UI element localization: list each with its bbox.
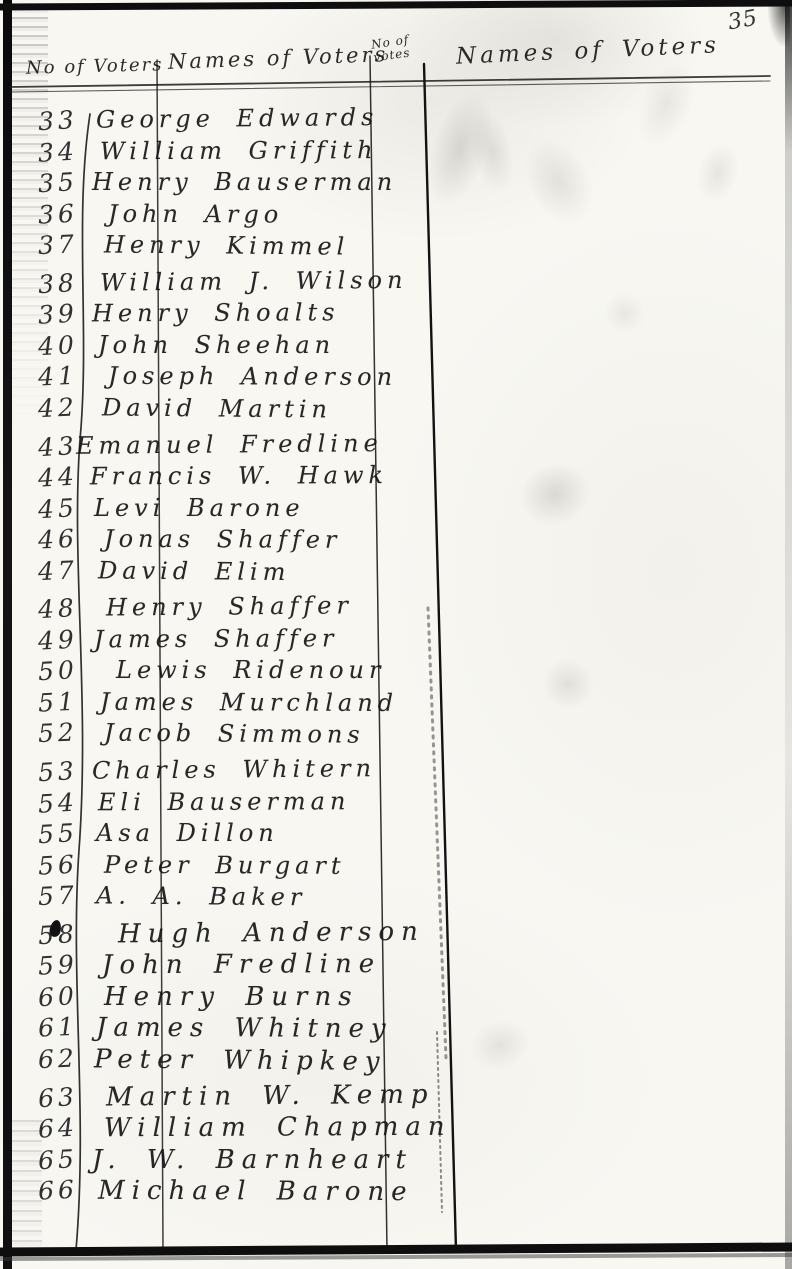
- voter-name: A. A. Baker: [96, 882, 307, 912]
- voter-number: 34: [37, 136, 85, 168]
- voter-name: James Shaffer: [94, 624, 339, 653]
- voter-number: 42: [37, 392, 84, 423]
- voter-number: 40: [37, 330, 84, 361]
- voter-entries: 33 George Edwards 34 William Griffith 35…: [0, 0, 792, 1269]
- voter-number: 63: [37, 1081, 85, 1113]
- voter-entry-row: 41 Joseph Anderson: [0, 362, 792, 396]
- voter-number: 64: [37, 1112, 85, 1144]
- voter-number: 57: [37, 880, 84, 911]
- voter-name: William Chapman: [104, 1112, 452, 1144]
- voter-name: William Griffith: [100, 136, 378, 165]
- voter-name: Henry Shaffer: [106, 592, 353, 622]
- scanned-ledger-page: 35 No of Voters Names of Voters No of vo…: [0, 0, 792, 1269]
- voter-entry-row: 53 Charles Whitern: [0, 751, 792, 789]
- voter-number: 47: [37, 555, 84, 586]
- voter-entry-row: 56 Peter Burgart: [0, 850, 792, 884]
- voter-name: George Edwards: [96, 103, 379, 133]
- voter-number: 61: [37, 1012, 84, 1043]
- voter-number: 62: [37, 1043, 84, 1074]
- voter-name: Henry Shoalts: [92, 299, 340, 328]
- voter-entry-row: 64 William Chapman: [0, 1110, 792, 1144]
- voter-entry-row: 38 William J. Wilson: [0, 262, 792, 300]
- voter-number: 58: [37, 918, 85, 950]
- voter-entry-row: 54 Eli Bauserman: [0, 785, 792, 819]
- voter-name: Asa Dillon: [96, 819, 279, 847]
- voter-entry-row: 43 Emanuel Fredline: [0, 425, 792, 463]
- voter-entry-row: 45 Levi Barone: [0, 494, 792, 525]
- voter-number: 59: [37, 949, 85, 981]
- voter-name: David Elim: [98, 556, 291, 586]
- voter-name: John Sheehan: [98, 331, 335, 359]
- voter-name: James Murchland: [100, 688, 398, 717]
- voter-name: Peter Whipkey: [94, 1044, 387, 1077]
- voter-entry-row: 33 George Edwards: [0, 100, 792, 138]
- voter-number: 50: [37, 655, 84, 686]
- voter-number: 33: [37, 105, 85, 137]
- voter-number: 44: [37, 461, 85, 493]
- voter-number: 52: [37, 718, 84, 749]
- voter-entry-row: 51 James Murchland: [0, 687, 792, 721]
- voter-number: 37: [37, 229, 84, 260]
- voter-name: Eli Bauserman: [98, 787, 351, 816]
- voter-entry-row: 46 Jonas Shaffer: [0, 524, 792, 558]
- voter-name: Jonas Shaffer: [104, 525, 342, 554]
- voter-entry-row: 44 Francis W. Hawk: [0, 459, 792, 493]
- voter-name: Michael Barone: [98, 1176, 414, 1207]
- voter-name: Joseph Anderson: [108, 362, 397, 391]
- voter-entry-row: 66 Michael Barone: [0, 1175, 792, 1209]
- voter-entry-row: 50 Lewis Ridenour: [0, 656, 792, 687]
- voter-number: 53: [37, 756, 85, 788]
- voter-entry-row: 65 J. W. Barnheart: [0, 1145, 792, 1176]
- voter-entry-row: 36 John Argo: [0, 199, 792, 233]
- voter-entry-row: 55 Asa Dillon: [0, 819, 792, 850]
- voter-number: 51: [37, 686, 84, 717]
- voter-entry-row: 63 Martin W. Kemp: [0, 1076, 792, 1114]
- voter-entry-row: 34 William Griffith: [0, 134, 792, 168]
- voter-name: Henry Burns: [104, 982, 359, 1012]
- voter-number: 56: [37, 849, 84, 880]
- voter-entry-row: 39 Henry Shoalts: [0, 297, 792, 331]
- voter-number: 38: [37, 267, 85, 299]
- voter-name: Jacob Simmons: [104, 719, 365, 749]
- voter-number: 54: [37, 787, 85, 819]
- voter-entry-row: 48 Henry Shaffer: [0, 588, 792, 626]
- voter-entry-row: 59 John Fredline: [0, 948, 792, 982]
- voter-name: Francis W. Hawk: [90, 461, 388, 490]
- voter-entry-row: 49 James Shaffer: [0, 622, 792, 656]
- voter-name: William J. Wilson: [100, 266, 408, 297]
- voter-entry-row: 52 Jacob Simmons: [0, 718, 792, 756]
- voter-entry-row: 62 Peter Whipkey: [0, 1043, 792, 1081]
- voter-name: John Argo: [108, 199, 283, 228]
- voter-name: John Fredline: [102, 949, 381, 980]
- voter-number: 35: [37, 167, 84, 198]
- voter-entry-row: 47 David Elim: [0, 555, 792, 593]
- voter-number: 36: [37, 198, 84, 229]
- voter-number: 60: [37, 981, 84, 1012]
- voter-entry-row: 57 A. A. Baker: [0, 881, 792, 919]
- voter-name: Lewis Ridenour: [116, 656, 385, 684]
- voter-entry-row: 58 Hugh Anderson: [0, 913, 792, 951]
- voter-number: 39: [37, 298, 85, 330]
- voter-name: Martin W. Kemp: [106, 1079, 435, 1112]
- voter-entry-row: 37 Henry Kimmel: [0, 230, 792, 268]
- voter-number: 45: [37, 492, 84, 523]
- voter-entry-row: 35 Henry Bauserman: [0, 168, 792, 199]
- voter-name: Charles Whitern: [92, 754, 376, 784]
- voter-number: 48: [37, 593, 85, 625]
- voter-name: Hugh Anderson: [118, 916, 425, 949]
- voter-name: Henry Bauserman: [92, 168, 397, 196]
- voter-number: 41: [37, 361, 84, 392]
- voter-name: Henry Kimmel: [104, 231, 349, 261]
- voter-number: 55: [37, 818, 84, 849]
- voter-name: Peter Burgart: [104, 850, 346, 879]
- voter-entry-row: 42 David Martin: [0, 392, 792, 430]
- voter-name: David Martin: [102, 393, 332, 423]
- voter-name: James Whitney: [96, 1013, 393, 1044]
- voter-number: 49: [37, 624, 85, 656]
- voter-number: 66: [37, 1175, 84, 1206]
- voter-entry-row: 61 James Whitney: [0, 1013, 792, 1047]
- voter-name: J. W. Barnheart: [92, 1145, 413, 1175]
- voter-entry-row: 40 John Sheehan: [0, 331, 792, 362]
- voter-number: 46: [37, 524, 84, 555]
- voter-name: Levi Barone: [94, 494, 305, 522]
- voter-number: 65: [37, 1143, 84, 1174]
- voter-name: Emanuel Fredline: [76, 429, 383, 460]
- voter-entry-row: 60 Henry Burns: [0, 982, 792, 1013]
